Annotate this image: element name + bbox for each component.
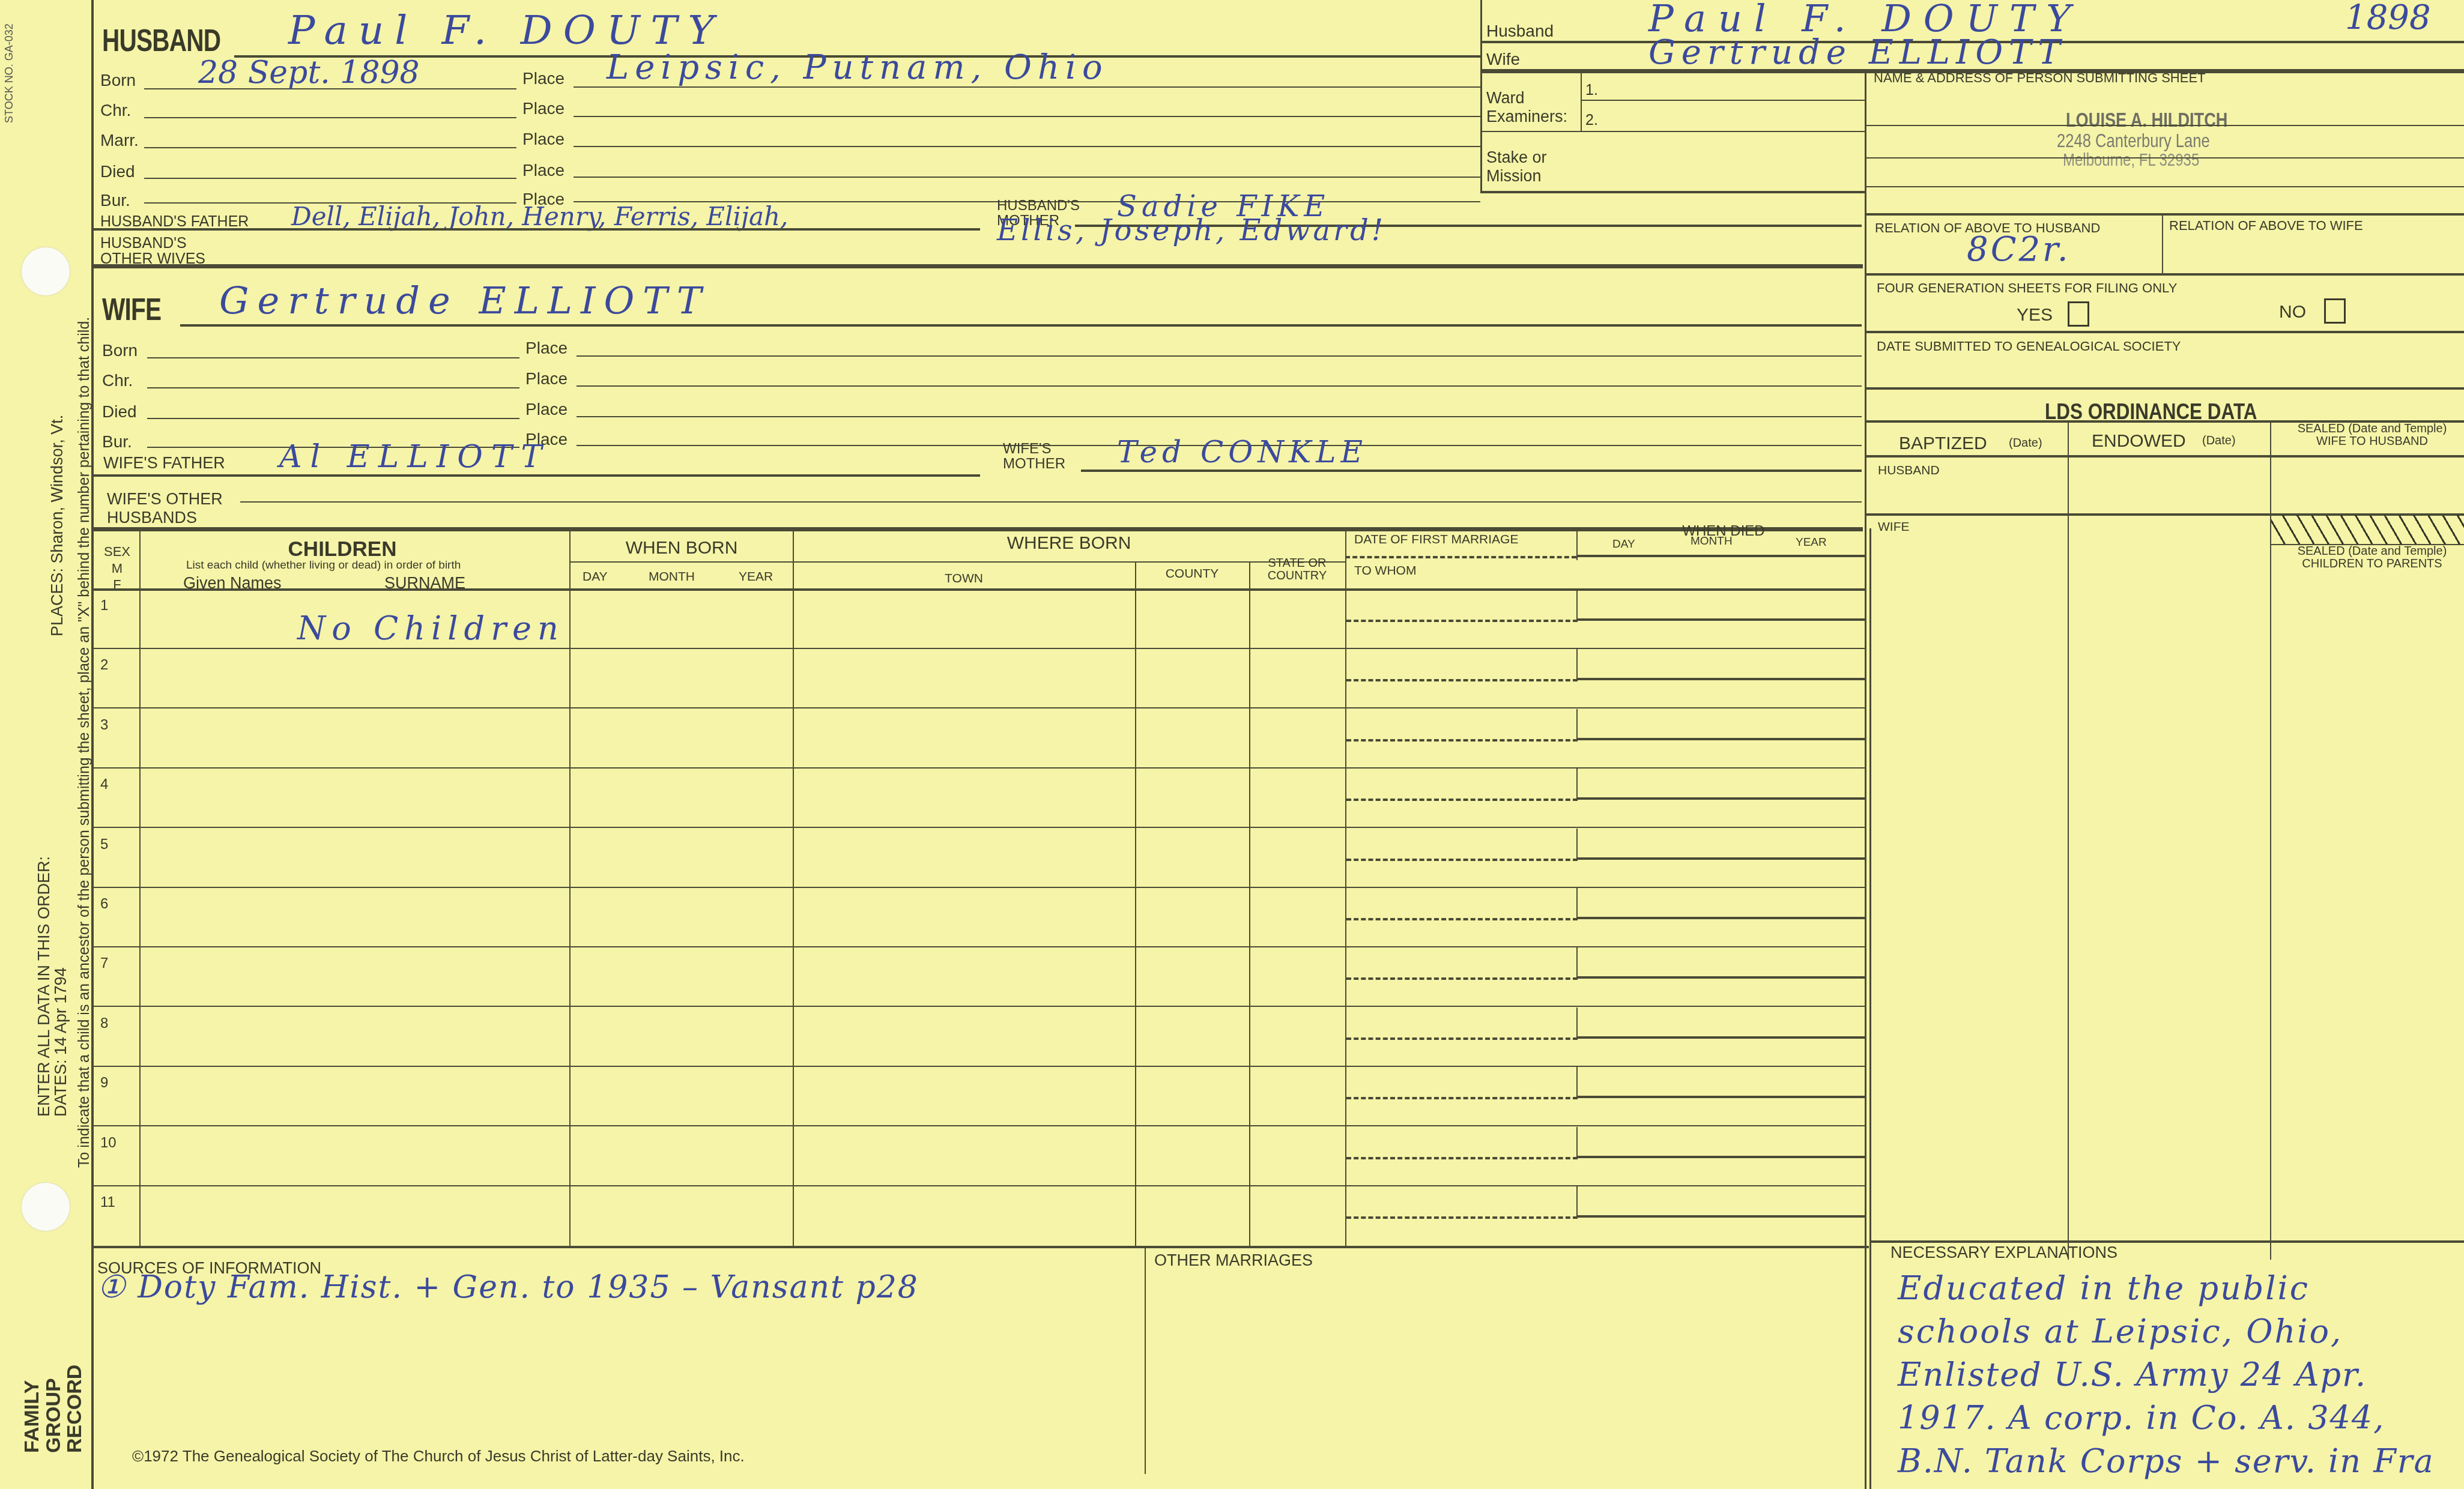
date-line[interactable]: [144, 117, 516, 118]
wife-father[interactable]: Al ELLIOTT: [279, 441, 550, 473]
child-number: 2: [100, 657, 108, 672]
ordinance-husband-row: HUSBAND: [1878, 464, 1940, 477]
places-example: PLACES: Sharon, Windsor, Vt.: [49, 415, 65, 636]
enter-order-instruction: ENTER ALL DATA IN THIS ORDER:: [36, 856, 52, 1117]
right-column-border-inner: [1869, 528, 1871, 1489]
label-line: Ward: [1486, 89, 1567, 107]
stock-number: STOCK NO. GA-032: [4, 23, 14, 123]
wife-mother-label: WIFE'S MOTHER: [1003, 441, 1065, 471]
explanation-line: 1917. A corp. in Co. A. 344,: [1898, 1397, 2435, 1440]
submitter-line: [1865, 186, 2464, 187]
when-died-divider: [1576, 590, 1578, 620]
when-died-divider: [1576, 947, 1578, 977]
label-line: MOTHER: [1003, 456, 1065, 471]
label-line: SEALED (Date and Temple): [2282, 423, 2462, 435]
when-born-header: WHEN BORN: [571, 539, 793, 557]
date-line[interactable]: [144, 178, 516, 179]
form-title: FAMILY GROUP RECORD: [22, 1365, 86, 1453]
marriage-dash: [1346, 1157, 1578, 1159]
section-divider: [91, 228, 980, 231]
date-submitted-label: DATE SUBMITTED TO GENEALOGICAL SOCIETY: [1877, 339, 2181, 353]
when-died-divider: [1576, 649, 1578, 679]
child-row[interactable]: 3: [91, 709, 1866, 769]
when-died-divider: [1576, 829, 1578, 859]
place-line[interactable]: [577, 355, 1862, 357]
when-died-divider: [1576, 709, 1578, 739]
died-line: [1576, 555, 1865, 557]
label-line: WIFE'S OTHER: [107, 490, 223, 509]
label-line: HUSBANDS: [107, 509, 223, 527]
child-number: 4: [100, 777, 108, 792]
label-line: WIFE TO HUSBAND: [2282, 435, 2462, 448]
child-number: 1: [100, 598, 108, 613]
sources-text[interactable]: ① Doty Fam. Hist. + Gen. to 1935 – Vansa…: [97, 1272, 919, 1303]
section-divider: [1865, 387, 2464, 390]
header-husband[interactable]: Paul F. DOUTY: [1648, 0, 2083, 37]
date-line[interactable]: [147, 357, 519, 358]
ward-examiner-2[interactable]: 2.: [1585, 113, 1598, 128]
dates-example: DATES: 14 Apr 1794: [53, 967, 69, 1117]
marriage-dash: [1346, 859, 1578, 861]
died-year-header: YEAR: [1796, 537, 1827, 549]
marriage-dash: [1346, 1037, 1578, 1040]
husband-father-continued[interactable]: Ellis, Joseph, Edward!: [997, 216, 1386, 245]
child-row[interactable]: 4: [91, 769, 1866, 828]
ordinance-col-divider: [2270, 420, 2271, 1260]
marriage-dash: [1346, 679, 1578, 681]
wife-mother[interactable]: Ted CONKLE: [1117, 437, 1367, 467]
relation-husband[interactable]: 8C2r.: [1967, 233, 2071, 267]
place-label: Place: [522, 70, 565, 87]
place-label: Place: [525, 370, 568, 387]
other-husbands-line[interactable]: [240, 501, 1862, 503]
submitter-label: NAME & ADDRESS OF PERSON SUBMITTING SHEE…: [1874, 71, 2206, 85]
when-died-divider: [1576, 769, 1578, 799]
when-died-divider: [1576, 1127, 1578, 1157]
died-line: [1576, 1036, 1866, 1039]
event-label: Born: [102, 342, 138, 359]
header-sub-line: [569, 561, 1345, 563]
date-line[interactable]: [144, 147, 516, 148]
explanations-top: [1869, 1240, 2464, 1243]
header-box-border: [1480, 0, 1482, 192]
event-label: Died: [100, 163, 135, 180]
header-wife-label: Wife: [1486, 51, 1520, 68]
other-marriages-divider: [1145, 1246, 1146, 1474]
submitter-line: [1865, 125, 2464, 126]
place-label: Place: [525, 340, 568, 357]
where-born-header: WHERE BORN: [793, 534, 1345, 552]
died-line: [1576, 618, 1866, 621]
punch-hole: [22, 247, 70, 295]
explanations-text[interactable]: Educated in the public schools at Leipsi…: [1898, 1267, 2435, 1483]
died-line: [1576, 1096, 1866, 1098]
label-line: CHILDREN TO PARENTS: [2282, 558, 2462, 570]
husband-born-date[interactable]: 28 Sept. 1898: [198, 57, 420, 88]
child-number: 9: [100, 1075, 108, 1090]
explanations-label: NECESSARY EXPLANATIONS: [1890, 1244, 2117, 1261]
row-divider: [91, 827, 1866, 828]
event-label: Born: [100, 72, 136, 89]
place-label: Place: [522, 162, 565, 179]
mother-line: [1081, 470, 1862, 472]
event-label: Marr.: [100, 132, 139, 149]
county-header: COUNTY: [1135, 567, 1249, 581]
wife-name[interactable]: Gertrude ELLIOTT: [219, 282, 710, 319]
no-label: NO: [2279, 303, 2306, 321]
header-husband-label: Husband: [1486, 23, 1554, 40]
child-number: 7: [100, 956, 108, 971]
label-line: HUSBAND'S: [100, 235, 205, 251]
ordinance-line: [1865, 455, 2464, 458]
date-line[interactable]: [147, 418, 519, 419]
place-line[interactable]: [577, 385, 1862, 387]
town-header: TOWN: [793, 572, 1135, 585]
row-divider: [91, 1006, 1866, 1007]
yes-label: YES: [2017, 306, 2053, 324]
ward-line: [1581, 100, 1866, 101]
marriage-dash: [1346, 1097, 1578, 1099]
label-line: Examiners:: [1486, 107, 1567, 126]
endowed-sub: (Date): [2202, 435, 2236, 447]
relation-divider: [2162, 214, 2163, 274]
endowed-label: ENDOWED: [2092, 432, 2186, 450]
child-row[interactable]: 8: [91, 1007, 1866, 1067]
ward-line: [1480, 131, 1865, 132]
child-number: 10: [100, 1135, 117, 1150]
when-died-divider: [1576, 1186, 1578, 1216]
state-header: STATE OR COUNTRY: [1249, 557, 1345, 582]
date-line[interactable]: [147, 387, 519, 388]
child-row[interactable]: 9: [91, 1067, 1866, 1126]
label-line: SEX: [99, 543, 135, 560]
label-line: M: [99, 560, 135, 577]
punch-hole: [22, 1183, 70, 1231]
ward-divider: [1581, 71, 1582, 131]
child-number: 3: [100, 717, 108, 732]
husband-heading: HUSBAND: [102, 25, 220, 56]
section-divider: [91, 264, 1863, 268]
event-label: Died: [102, 403, 137, 420]
marriage-dash: [1345, 556, 1576, 558]
ordinance-wife-row: WIFE: [1878, 521, 1910, 534]
form-title-line: RECORD: [64, 1365, 86, 1453]
place-label: Place: [525, 401, 568, 418]
row-divider: [91, 1125, 1866, 1126]
label-line: Stake or: [1486, 148, 1547, 167]
stake-mission-label: Stake or Mission: [1486, 148, 1547, 186]
submitter-address-1: 2248 Canterbury Lane: [2057, 131, 2210, 150]
child-number: 8: [100, 1016, 108, 1031]
header-line: [1480, 191, 1865, 193]
form-title-line: FAMILY: [22, 1365, 43, 1453]
hatched-area: [2271, 515, 2464, 544]
label-line: STATE OR: [1249, 557, 1345, 570]
form-title-line: GROUP: [43, 1365, 65, 1453]
born-month-header: MONTH: [649, 570, 695, 584]
husband-name[interactable]: Paul F. DOUTY: [288, 11, 725, 50]
place-label: Place: [522, 100, 565, 117]
label-line: HUSBAND'S: [997, 198, 1080, 213]
died-line: [1576, 738, 1866, 740]
event-label: Chr.: [102, 372, 133, 389]
header-wife[interactable]: Gertrude ELLIOTT: [1648, 36, 2066, 70]
no-checkbox[interactable]: [2324, 298, 2346, 324]
baptized-sub: (Date): [2009, 437, 2042, 450]
child-row[interactable]: 5: [91, 829, 1866, 888]
marriage-dash: [1346, 977, 1578, 980]
when-died-divider: [1576, 1007, 1578, 1037]
husband-father[interactable]: Dell, Elijah, John, Henry, Ferris, Elija…: [291, 204, 788, 229]
child-number: 5: [100, 837, 108, 852]
ward-examiner-1[interactable]: 1.: [1585, 83, 1598, 98]
section-divider: [1865, 273, 2464, 276]
husband-father-label: HUSBAND'S FATHER: [100, 214, 249, 229]
label-line: COUNTRY: [1249, 570, 1345, 582]
marriage-dash: [1346, 1216, 1578, 1219]
died-month-header: MONTH: [1691, 536, 1733, 548]
explanation-line: Educated in the public: [1898, 1267, 2435, 1310]
child-row[interactable]: 10: [91, 1127, 1866, 1186]
died-line: [1576, 797, 1866, 800]
label-line: SEALED (Date and Temple): [2282, 545, 2462, 558]
when-died-divider: [1576, 1067, 1578, 1097]
label-line: WIFE'S: [1003, 441, 1065, 456]
died-line: [1576, 1215, 1866, 1218]
sealed-children-label: SEALED (Date and Temple) CHILDREN TO PAR…: [2282, 545, 2462, 570]
label-line: Mission: [1486, 167, 1547, 186]
wife-heading: WIFE: [102, 294, 161, 325]
wife-name-line: [180, 324, 1862, 327]
submitter-line: [1865, 157, 2464, 159]
place-line[interactable]: [574, 116, 1480, 117]
submitter-address-2: Melbourne, FL 32935: [2063, 151, 2199, 169]
died-line: [1576, 976, 1866, 979]
event-label: Bur.: [100, 192, 130, 209]
wife-other-husbands-label: WIFE'S OTHER HUSBANDS: [107, 490, 223, 527]
to-whom-header: TO WHOM: [1354, 564, 1416, 578]
place-line[interactable]: [574, 177, 1480, 178]
husband-other-wives-label: HUSBAND'S OTHER WIVES: [100, 235, 205, 267]
relation-wife-label: RELATION OF ABOVE TO WIFE: [2169, 219, 2363, 232]
baptized-label: BAPTIZED: [1899, 435, 1987, 453]
explanation-line: schools at Leipsic, Ohio,: [1898, 1310, 2435, 1353]
marriage-dash: [1346, 620, 1578, 622]
ancestor-note: To indicate that a child is an ancestor …: [77, 317, 92, 1168]
wife-father-label: WIFE'S FATHER: [103, 455, 225, 471]
marriage-dash: [1346, 739, 1578, 741]
section-divider: [91, 474, 980, 477]
ward-examiners-label: Ward Examiners:: [1486, 89, 1567, 126]
place-line[interactable]: [574, 146, 1480, 147]
died-line: [1576, 678, 1866, 680]
child-number: 6: [100, 896, 108, 911]
ordinance-col-divider: [2068, 422, 2069, 1260]
event-label: Bur.: [102, 433, 132, 450]
marriage-dash: [1346, 918, 1578, 920]
child-row[interactable]: 6: [91, 888, 1866, 947]
child-row[interactable]: 11: [91, 1186, 1866, 1246]
born-day-header: DAY: [583, 570, 608, 584]
submitter-name: LOUISE A. HILDITCH: [2066, 110, 2227, 130]
row-divider: [91, 707, 1866, 708]
place-line[interactable]: [577, 416, 1862, 417]
died-line: [1576, 1156, 1866, 1158]
section-divider: [1865, 213, 2464, 216]
when-died-divider: [1576, 888, 1578, 918]
died-line: [1576, 917, 1866, 919]
children-heading: CHILDREN: [282, 537, 402, 561]
husband-born-place[interactable]: Leipsic, Putnam, Ohio: [607, 51, 1109, 85]
other-marriages-label: OTHER MARRIAGES: [1154, 1252, 1313, 1269]
born-year-header: YEAR: [739, 570, 773, 584]
children-instruction: List each child (whether living or dead)…: [186, 560, 461, 572]
children-table-bottom: [91, 1246, 1869, 1248]
yes-checkbox[interactable]: [2068, 301, 2089, 327]
four-gen-label: FOUR GENERATION SHEETS FOR FILING ONLY: [1877, 281, 2177, 295]
child-row[interactable]: 7: [91, 947, 1866, 1007]
first-marriage-header: DATE OF FIRST MARRIAGE: [1354, 533, 1518, 546]
child-1-name[interactable]: No Children: [297, 612, 565, 645]
copyright: ©1972 The Genealogical Society of The Ch…: [132, 1448, 745, 1464]
marriage-dash: [1346, 799, 1578, 801]
section-divider: [1865, 331, 2464, 333]
sex-header: SEX M F: [99, 543, 135, 593]
explanation-line: Enlisted U.S. Army 24 Apr.: [1898, 1353, 2435, 1397]
died-line: [1576, 857, 1866, 860]
header-husband-year[interactable]: 1898: [2345, 1, 2431, 35]
event-label: Chr.: [100, 102, 131, 119]
place-label: Place: [522, 131, 565, 148]
died-day-header: DAY: [1612, 539, 1635, 551]
explanation-line: B.N. Tank Corps + serv. in Fra: [1898, 1440, 2435, 1483]
child-number: 11: [100, 1195, 115, 1210]
child-row[interactable]: 2: [91, 649, 1866, 708]
sealed-wife-label: SEALED (Date and Temple) WIFE TO HUSBAND: [2282, 423, 2462, 448]
